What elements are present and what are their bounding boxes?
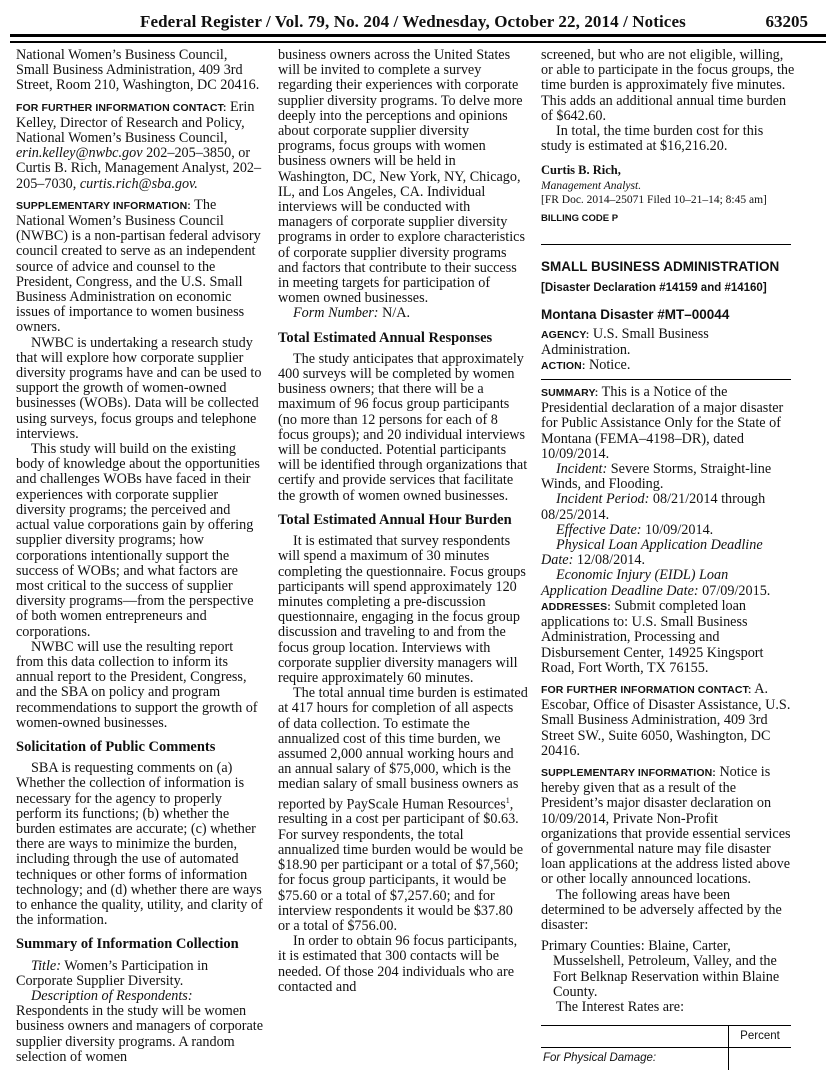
contact-paragraph: FOR FURTHER INFORMATION CONTACT: Erin Ke…	[16, 100, 264, 192]
respondents-paragraph: Description of Respondents: Respondents …	[16, 989, 264, 1065]
supplementary-paragraph: SUPPLEMENTARY INFORMATION: Notice is her…	[541, 765, 797, 888]
column-1: National Women’s Business Council, Small…	[16, 48, 264, 1065]
section-heading: Total Estimated Annual Responses	[278, 331, 528, 346]
section-heading: Summary of Information Collection	[16, 937, 264, 952]
physical-deadline-paragraph: Physical Loan Application Deadline Date:…	[541, 538, 797, 568]
form-number-paragraph: Form Number: N/A.	[278, 306, 528, 321]
table-cell-percent	[729, 1048, 792, 1070]
form-number-value: N/A.	[379, 305, 411, 321]
physical-deadline-text: 12/08/2014.	[573, 552, 645, 568]
rates-intro: The Interest Rates are:	[541, 1000, 797, 1015]
agency-paragraph: AGENCY: U.S. Small Business Administrati…	[541, 327, 797, 358]
action-text: Notice.	[585, 357, 630, 373]
effective-date-paragraph: Effective Date: 10/09/2014.	[541, 523, 797, 538]
document-divider	[541, 244, 791, 246]
effective-date-text: 10/09/2014.	[641, 522, 713, 538]
respondents-text: Respondents in the study will be women b…	[16, 1003, 263, 1065]
contact-paragraph: FOR FURTHER INFORMATION CONTACT: A. Esco…	[541, 682, 797, 759]
summary-label: SUMMARY:	[541, 387, 598, 399]
burden-cost-text: , resulting in a cost per participant of…	[278, 796, 523, 934]
page-number: 63205	[766, 12, 809, 32]
study-paragraph: NWBC is undertaking a research study tha…	[16, 336, 264, 442]
agency-heading: SMALL BUSINESS ADMINISTRATION	[541, 259, 797, 274]
section-heading: Total Estimated Annual Hour Burden	[278, 513, 528, 528]
federal-register-page: Federal Register / Vol. 79, No. 204 / We…	[0, 0, 840, 1076]
summary-paragraph: SUMMARY: This is a Notice of the Preside…	[541, 385, 797, 462]
burden-cost-text: The total annual time burden is estimate…	[278, 685, 528, 812]
build-paragraph: This study will build on the existing bo…	[16, 442, 264, 640]
table-header-percent: Percent	[729, 1026, 792, 1048]
title-label: Title:	[31, 958, 61, 974]
header-rule-thin	[10, 41, 826, 43]
column-2: business owners across the United States…	[278, 48, 528, 995]
section-heading: Solicitation of Public Comments	[16, 740, 264, 755]
contact-label: FOR FURTHER INFORMATION CONTACT:	[541, 684, 751, 696]
addresses-paragraph: ADDRESSES: Submit completed loan applica…	[541, 599, 797, 676]
table-header-blank	[541, 1026, 729, 1048]
supplementary-text: The National Women’s Business Council (N…	[16, 197, 261, 336]
column-3: screened, but who are not eligible, will…	[541, 48, 797, 1070]
incident-period-label: Incident Period:	[556, 491, 649, 507]
incident-period-paragraph: Incident Period: 08/21/2014 through 08/2…	[541, 492, 797, 522]
supplementary-paragraph: SUPPLEMENTARY INFORMATION: The National …	[16, 198, 264, 336]
form-number-label: Form Number:	[293, 305, 379, 321]
title-paragraph: Title: Women’s Participation in Corporat…	[16, 959, 264, 989]
burden-cost-paragraph: The total annual time burden is estimate…	[278, 686, 528, 934]
responses-paragraph: The study anticipates that approximately…	[278, 352, 528, 504]
screened-paragraph: screened, but who are not eligible, will…	[541, 48, 797, 124]
agency-label: AGENCY:	[541, 329, 589, 341]
total-paragraph: In total, the time burden cost for this …	[541, 124, 797, 154]
signer-title: Management Analyst.	[541, 179, 797, 193]
addresses-label: ADDRESSES:	[541, 601, 611, 613]
comments-paragraph: SBA is requesting comments on (a) Whethe…	[16, 761, 264, 928]
effective-date-label: Effective Date:	[556, 522, 641, 538]
action-paragraph: ACTION: Notice.	[541, 358, 797, 374]
supplementary-text: Notice is hereby given that as a result …	[541, 764, 791, 887]
continued-paragraph: business owners across the United States…	[278, 48, 528, 306]
action-label: ACTION:	[541, 360, 585, 372]
header-rule-thick	[10, 34, 826, 37]
signer-title-text: Management Analyst.	[541, 180, 641, 192]
incident-label: Incident:	[556, 461, 607, 477]
email-link[interactable]: erin.kelley@nwbc.gov	[16, 145, 143, 161]
respondents-label: Description of Respondents:	[31, 988, 193, 1004]
header-title: Federal Register / Vol. 79, No. 204 / We…	[140, 12, 686, 32]
areas-paragraph: The following areas have been determined…	[541, 888, 797, 934]
incident-paragraph: Incident: Severe Storms, Straight-line W…	[541, 462, 797, 492]
supplementary-label: SUPPLEMENTARY INFORMATION:	[16, 200, 191, 212]
supplementary-label: SUPPLEMENTARY INFORMATION:	[541, 767, 716, 779]
table-row: For Physical Damage:	[541, 1048, 791, 1070]
primary-counties: Primary Counties: Blaine, Carter, Mussel…	[541, 939, 797, 1000]
table-cell-label: For Physical Damage:	[541, 1048, 729, 1070]
burden-paragraph: It is estimated that survey respondents …	[278, 534, 528, 686]
disaster-title: Montana Disaster #MT–00044	[541, 307, 797, 322]
eidl-deadline-text: 07/09/2015.	[699, 583, 771, 599]
contacts-paragraph: In order to obtain 96 focus participants…	[278, 934, 528, 995]
signer-name: Curtis B. Rich,	[541, 163, 797, 178]
address-paragraph: National Women’s Business Council, Small…	[16, 48, 264, 94]
billing-code: BILLING CODE P	[541, 211, 797, 226]
fr-doc-line: [FR Doc. 2014–25071 Filed 10–21–14; 8:45…	[541, 193, 797, 207]
interest-rates-table: Percent For Physical Damage:	[541, 1025, 791, 1069]
table-header-row: Percent	[541, 1026, 791, 1048]
email-link[interactable]: curtis.rich@sba.gov.	[80, 176, 198, 192]
report-paragraph: NWBC will use the resulting report from …	[16, 640, 264, 731]
declaration-number: [Disaster Declaration #14159 and #14160]	[541, 281, 797, 296]
summary-divider	[541, 379, 791, 381]
contact-label: FOR FURTHER INFORMATION CONTACT:	[16, 102, 226, 114]
eidl-deadline-paragraph: Economic Injury (EIDL) Loan Application …	[541, 568, 797, 598]
